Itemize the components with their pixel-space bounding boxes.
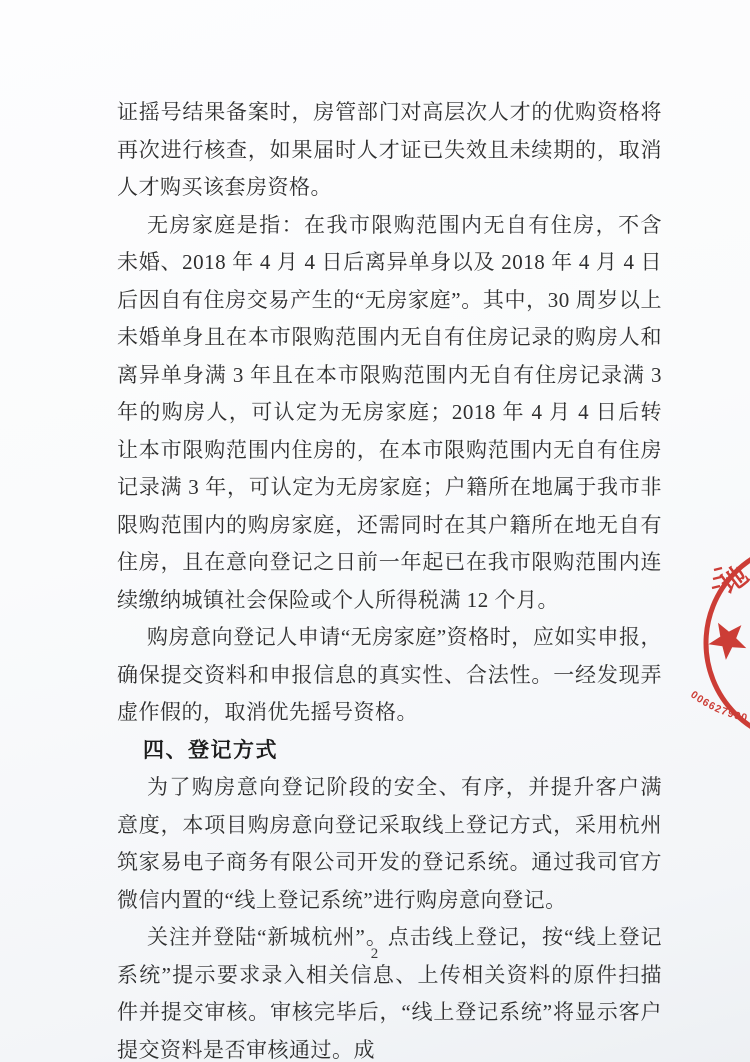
paragraph: 为了购房意向登记阶段的安全、有序，并提升客户满意度，本项目购房意向登记采取线上登…	[117, 769, 662, 919]
seal-digits: 0066279900	[688, 548, 749, 724]
paragraph: 无房家庭是指：在我市限购范围内无自有住房，不含未婚、2018 年 4 月 4 日…	[117, 207, 662, 620]
paragraph: 关注并登陆“新城杭州”。点击线上登记，按“线上登记系统”提示要求录入相关信息、上…	[117, 919, 662, 1062]
section-heading: 四、登记方式	[117, 732, 662, 770]
seal-ring	[706, 548, 750, 743]
scanned-document-page: 证摇号结果备案时，房管部门对高层次人才的优购资格将再次进行核查，如果届时人才证已…	[0, 0, 750, 1062]
page-number: 2	[0, 946, 750, 963]
document-body: 证摇号结果备案时，房管部门对高层次人才的优购资格将再次进行核查，如果届时人才证已…	[117, 0, 662, 1062]
official-seal-stamp: 地 0066279900	[688, 548, 750, 766]
paragraph: 证摇号结果备案时，房管部门对高层次人才的优购资格将再次进行核查，如果届时人才证已…	[117, 94, 662, 207]
seal-character-strokes	[712, 568, 722, 588]
paragraph: 购房意向登记人申请“无房家庭”资格时，应如实申报，确保提交资料和申报信息的真实性…	[117, 619, 662, 732]
seal-star-icon	[708, 623, 746, 660]
seal-character: 地	[716, 561, 750, 600]
